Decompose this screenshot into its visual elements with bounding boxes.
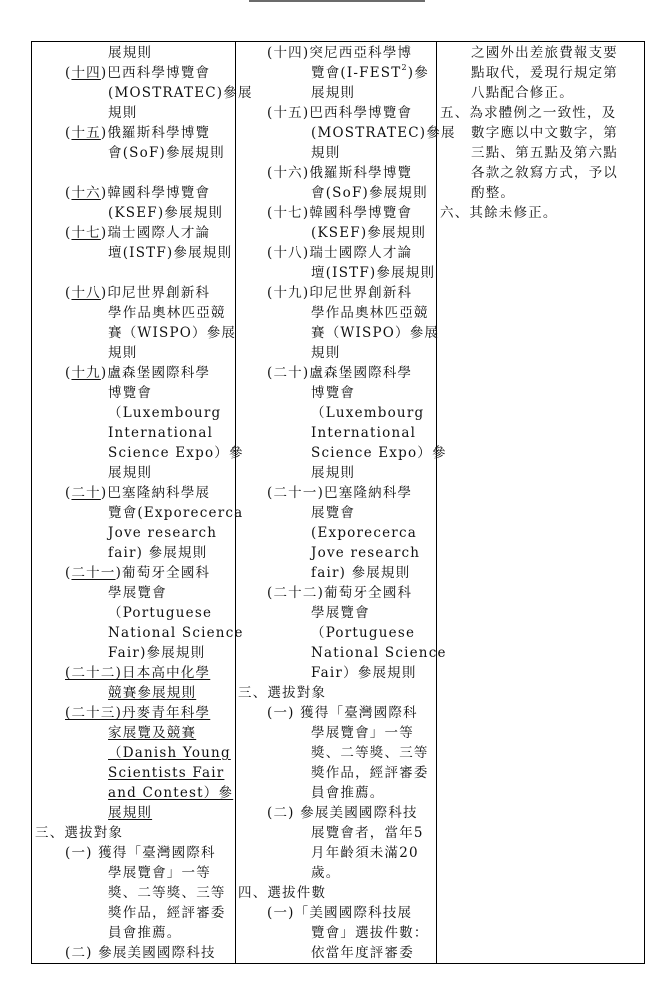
text-line: (十五)俄羅斯科學博覽: [65, 123, 210, 143]
line-text: Fair)參展規則: [108, 645, 205, 661]
text-line: 賽（WISPO）參展: [108, 323, 236, 343]
text-line: (二) 參展美國國際科技: [65, 943, 216, 963]
comparison-table: 展規則(十四)巴西科學博覽會(MOSTRATEC)參展規則(十五)俄羅斯科學博覽…: [31, 41, 645, 964]
line-text: 獲得「臺灣國際科: [93, 845, 216, 861]
line-text: (KSEF)參展規則: [108, 205, 223, 221]
text-line: (Exporecerca: [311, 523, 417, 543]
text-line: 獎作品，經評審委: [311, 763, 429, 783]
line-text: 獎作品，經評審委: [108, 905, 226, 921]
text-line: 八點配合修正。: [471, 83, 574, 103]
line-text: 規則: [311, 345, 340, 361]
text-line: 獎、二等獎、三等: [311, 743, 429, 763]
text-line: 五、為求體例之一致性，及: [440, 103, 616, 123]
line-text: (KSEF)參展規則: [311, 225, 426, 241]
text-line: 員會推薦。: [108, 923, 182, 943]
line-text: 展規則: [108, 45, 152, 61]
line-text: 突尼西亞科學博: [309, 45, 412, 61]
item-number: (十六): [267, 165, 309, 181]
text-line: (十五)巴西科學博覽會: [267, 103, 412, 123]
line-text: 數字應以中文數字，第: [471, 125, 618, 141]
text-line: (MOSTRATEC)參展: [108, 83, 253, 103]
line-text: 學展覽會」一等: [311, 725, 414, 741]
text-line: (二十二)葡萄牙全國科: [267, 583, 412, 603]
line-text: 葡萄牙全國科: [122, 565, 210, 581]
text-line: Jove research: [311, 543, 420, 563]
line-text: 巴塞隆納科學展: [107, 485, 210, 501]
text-line: (十六)俄羅斯科學博覽: [267, 163, 412, 183]
text-line: 規則: [311, 343, 340, 363]
text-line: 月年齡須未滿20: [311, 843, 419, 863]
text-line: （Portuguese: [108, 603, 212, 623]
line-text: 俄羅斯科學博覽: [107, 125, 210, 141]
text-line: (二十一)葡萄牙全國科: [65, 563, 210, 583]
line-text: Science Expo）參: [311, 445, 447, 461]
text-line: （Portuguese: [311, 623, 415, 643]
line-text: 巴西科學博覽會: [107, 65, 210, 81]
line-text: 巴塞隆納科學: [324, 485, 412, 501]
line-text: 葡萄牙全國科: [324, 585, 412, 601]
text-line: 學作品奧林匹亞競: [108, 303, 226, 323]
text-line: (二十三)丹麥青年科學: [65, 703, 210, 723]
line-text: 覽會(Exporecerca: [108, 505, 243, 521]
line-text: 三、選拔對象: [35, 825, 123, 841]
item-number: (一): [267, 705, 295, 721]
line-text: 獲得「臺灣國際科: [295, 705, 418, 721]
text-line: 規則: [108, 103, 137, 123]
line-text: 歲。: [311, 865, 340, 881]
item-number: (十六): [65, 185, 107, 201]
line-text: fair) 參展規則: [108, 545, 207, 561]
text-line: 學展覽會」一等: [311, 723, 414, 743]
text-line: Science Expo）參: [311, 443, 447, 463]
text-line: 博覽會: [311, 383, 355, 403]
text-line: 歲。: [311, 863, 340, 883]
line-text: 月年齡須未滿20: [311, 845, 419, 861]
text-line: Fair）參展規則: [311, 663, 417, 683]
line-text: 依當年度評審委: [311, 945, 414, 961]
item-number: (十五): [267, 105, 309, 121]
text-line: and Contest）參: [108, 783, 233, 803]
line-text: 三點、第五點及第六點: [471, 145, 618, 161]
text-line: 競賽參展規則: [108, 683, 196, 703]
text-line: 展規則: [108, 463, 152, 483]
line-text: 「美國國際科技展: [295, 905, 413, 921]
line-text: 展規則: [311, 465, 355, 481]
text-line: (KSEF)參展規則: [311, 223, 426, 243]
line-text: 展規則: [108, 465, 152, 481]
line-text: 賽（WISPO）參展: [108, 325, 236, 341]
line-text: International: [108, 425, 213, 441]
text-line: 之國外出差旅費報支要: [471, 43, 618, 63]
line-text: 盧森堡國際科學: [309, 365, 412, 381]
text-line: 展規則: [108, 803, 152, 823]
line-text: 丹麥青年科學: [122, 705, 210, 721]
text-line: (二) 參展美國國際科技: [267, 803, 418, 823]
line-text: （Luxembourg: [311, 405, 424, 421]
text-line: 四、選拔件數: [238, 883, 326, 903]
text-line: 三、選拔對象: [238, 683, 326, 703]
line-text: National Science: [108, 625, 244, 641]
line-text: 俄羅斯科學博覽: [309, 165, 412, 181]
line-text: 規則: [108, 105, 137, 121]
text-line: 各款之敘寫方式，予以: [471, 163, 618, 183]
line-text: 覽會(I-FEST: [311, 65, 401, 81]
line-text: Scientists Fair: [108, 765, 224, 781]
text-line: (二十一)巴塞隆納科學: [267, 483, 412, 503]
item-number: (一): [267, 905, 295, 921]
text-line: (十六)韓國科學博覽會: [65, 183, 210, 203]
text-line: (KSEF)參展規則: [108, 203, 223, 223]
line-text: 點取代，爰現行規定第: [471, 65, 618, 81]
line-text: 壇(ISTF)參展規則: [108, 245, 232, 261]
line-text: 會(SoF)參展規則: [311, 185, 428, 201]
line-text: 會(SoF)參展規則: [108, 145, 225, 161]
line-text: 博覽會: [108, 385, 152, 401]
item-number: (十七): [267, 205, 309, 221]
line-text: 獎、二等獎、三等: [311, 745, 429, 761]
text-line: 覽會」選拔件數：: [311, 923, 429, 943]
item-number: (二十二): [65, 665, 122, 681]
text-line: 展規則: [311, 463, 355, 483]
text-line: Scientists Fair: [108, 763, 224, 783]
text-line: 點取代，爰現行規定第: [471, 63, 618, 83]
line-text: 四、選拔件數: [238, 885, 326, 901]
text-line: 獎、二等獎、三等: [108, 883, 226, 903]
line-text: （Portuguese: [108, 605, 212, 621]
text-line: (十八)印尼世界創新科: [65, 283, 210, 303]
text-line: 員會推薦。: [311, 783, 385, 803]
item-number: (二): [267, 805, 295, 821]
line-text: 盧森堡國際科學: [107, 365, 210, 381]
item-number: (十九): [267, 285, 309, 301]
column-current-text: (十四)突尼西亞科學博覽會(I-FEST2)參展規則(十五)巴西科學博覽會(MO…: [235, 42, 437, 963]
item-number: (十四): [65, 65, 107, 81]
text-line: 學展覽會: [108, 583, 167, 603]
text-line: 學展覽會」一等: [108, 863, 211, 883]
line-text: 之國外出差旅費報支要: [471, 45, 618, 61]
text-line: (十七)瑞士國際人才論: [65, 223, 210, 243]
text-line: 規則: [108, 343, 137, 363]
item-number: (十八): [267, 245, 309, 261]
text-line: 家展覽及競賽: [108, 723, 196, 743]
line-text: 八點配合修正。: [471, 85, 574, 101]
line-text: 博覽會: [311, 385, 355, 401]
text-line: (一)「美國國際科技展: [267, 903, 412, 923]
text-line: (十四)巴西科學博覽會: [65, 63, 210, 83]
line-text: 展覽會: [311, 505, 355, 521]
column-amended-text: 展規則(十四)巴西科學博覽會(MOSTRATEC)參展規則(十五)俄羅斯科學博覽…: [32, 42, 236, 963]
line-text: 酌整。: [471, 185, 515, 201]
text-line: 展規則: [108, 43, 152, 63]
text-line: 數字應以中文數字，第: [471, 123, 618, 143]
text-line: Fair)參展規則: [108, 643, 205, 663]
text-line: (十七)韓國科學博覽會: [267, 203, 412, 223]
item-number: (二十): [65, 485, 107, 501]
text-line: National Science: [108, 623, 244, 643]
text-line: fair) 參展規則: [108, 543, 207, 563]
line-text: 賽（WISPO）參展: [311, 325, 439, 341]
text-line: (十九)盧森堡國際科學: [65, 363, 210, 383]
line-text: 學作品奧林匹亞競: [311, 305, 429, 321]
line-text: 競賽參展規則: [108, 685, 196, 701]
text-line: 壇(ISTF)參展規則: [311, 263, 435, 283]
line-text: 瑞士國際人才論: [107, 225, 210, 241]
text-line: (十九)印尼世界創新科: [267, 283, 412, 303]
line-text: 學作品奧林匹亞競: [108, 305, 226, 321]
text-line: 展覽會: [311, 503, 355, 523]
text-line: 學展覽會: [311, 603, 370, 623]
text-line: （Luxembourg: [311, 403, 424, 423]
line-text: Fair）參展規則: [311, 665, 417, 681]
text-line: (一) 獲得「臺灣國際科: [267, 703, 418, 723]
line-text: 覽會」選拔件數：: [311, 925, 429, 941]
text-line: (一) 獲得「臺灣國際科: [65, 843, 216, 863]
line-text: 規則: [311, 145, 340, 161]
text-line: (MOSTRATEC)參展: [311, 123, 456, 143]
line-text: （Danish Young: [108, 745, 231, 761]
text-line: 展規則: [311, 83, 355, 103]
header-rule: [249, 0, 425, 2]
text-line: 展覽會者，當年5: [311, 823, 424, 843]
text-line: 博覽會: [108, 383, 152, 403]
text-line: 覽會(Exporecerca: [108, 503, 243, 523]
text-line: fair) 參展規則: [311, 563, 410, 583]
line-text: 家展覽及競賽: [108, 725, 196, 741]
text-line: National Science: [311, 643, 447, 663]
line-text: 展規則: [311, 85, 355, 101]
line-text: Jove research: [108, 525, 217, 541]
text-line: (二十)巴塞隆納科學展: [65, 483, 210, 503]
text-line: (十四)突尼西亞科學博: [267, 43, 412, 63]
line-text: 展規則: [108, 805, 152, 821]
column-explanation: 之國外出差旅費報支要點取代，爰現行規定第八點配合修正。五、為求體例之一致性，及數…: [436, 42, 644, 963]
item-number: (十七): [65, 225, 107, 241]
text-line: International: [311, 423, 416, 443]
item-number: (二十): [267, 365, 309, 381]
text-line: 壇(ISTF)參展規則: [108, 243, 232, 263]
item-number: (十五): [65, 125, 107, 141]
item-number: (十四): [267, 45, 309, 61]
line-text: National Science: [311, 645, 447, 661]
text-line: 會(SoF)參展規則: [108, 143, 225, 163]
line-text: 學展覽會」一等: [108, 865, 211, 881]
line-text: 各款之敘寫方式，予以: [471, 165, 618, 181]
text-line: 會(SoF)參展規則: [311, 183, 428, 203]
line-text: (Exporecerca: [311, 525, 417, 541]
line-text: fair) 參展規則: [311, 565, 410, 581]
line-text: 參展美國國際科技: [93, 945, 216, 961]
text-line: Science Expo）參: [108, 443, 244, 463]
line-text: 三、選拔對象: [238, 685, 326, 701]
text-line: Jove research: [108, 523, 217, 543]
line-text: 壇(ISTF)參展規則: [311, 265, 435, 281]
text-line: 依當年度評審委: [311, 943, 414, 963]
line-text: 學展覽會: [108, 585, 167, 601]
item-number: (一): [65, 845, 93, 861]
text-line: (二十)盧森堡國際科學: [267, 363, 412, 383]
item-number: (二): [65, 945, 93, 961]
line-text: (MOSTRATEC)參展: [108, 85, 253, 101]
text-line: (十八)瑞士國際人才論: [267, 243, 412, 263]
text-line: 六、其餘未修正。: [440, 203, 558, 223]
text-line: 賽（WISPO）參展: [311, 323, 439, 343]
text-line: 覽會(I-FEST2)參: [311, 63, 429, 83]
line-text: 獎、二等獎、三等: [108, 885, 226, 901]
text-line: International: [108, 423, 213, 443]
line-text: （Luxembourg: [108, 405, 221, 421]
item-number: (十九): [65, 365, 107, 381]
line-text: 獎作品，經評審委: [311, 765, 429, 781]
line-text: 瑞士國際人才論: [309, 245, 412, 261]
line-text: 規則: [108, 345, 137, 361]
line-text: and Contest）參: [108, 785, 233, 801]
text-line: （Danish Young: [108, 743, 231, 763]
text-line: (二十二)日本高中化學: [65, 663, 210, 683]
text-line: 獎作品，經評審委: [108, 903, 226, 923]
line-text: 展覽會者，當年5: [311, 825, 424, 841]
line-text: 日本高中化學: [122, 665, 210, 681]
text-line: 規則: [311, 143, 340, 163]
line-text: 五、為求體例之一致性，及: [440, 105, 616, 121]
text-line: 三、選拔對象: [35, 823, 123, 843]
text-line: （Luxembourg: [108, 403, 221, 423]
line-text-tail: )參: [408, 65, 429, 81]
line-text: 印尼世界創新科: [309, 285, 412, 301]
item-number: (二十二): [267, 585, 324, 601]
item-number: (二十一): [267, 485, 324, 501]
line-text: Science Expo）參: [108, 445, 244, 461]
item-number: (二十三): [65, 705, 122, 721]
line-text: International: [311, 425, 416, 441]
item-number: (二十一): [65, 565, 122, 581]
line-text: Jove research: [311, 545, 420, 561]
line-text: 印尼世界創新科: [107, 285, 210, 301]
line-text: （Portuguese: [311, 625, 415, 641]
item-number: (十八): [65, 285, 107, 301]
text-line: 學作品奧林匹亞競: [311, 303, 429, 323]
line-text: 學展覽會: [311, 605, 370, 621]
line-text: 六、其餘未修正。: [440, 205, 558, 221]
line-text: 韓國科學博覽會: [309, 205, 412, 221]
line-text: 巴西科學博覽會: [309, 105, 412, 121]
text-line: 三點、第五點及第六點: [471, 143, 618, 163]
line-text: 韓國科學博覽會: [107, 185, 210, 201]
text-line: 酌整。: [471, 183, 515, 203]
line-text: 參展美國國際科技: [295, 805, 418, 821]
line-text: 員會推薦。: [311, 785, 385, 801]
line-text: 員會推薦。: [108, 925, 182, 941]
line-text: (MOSTRATEC)參展: [311, 125, 456, 141]
